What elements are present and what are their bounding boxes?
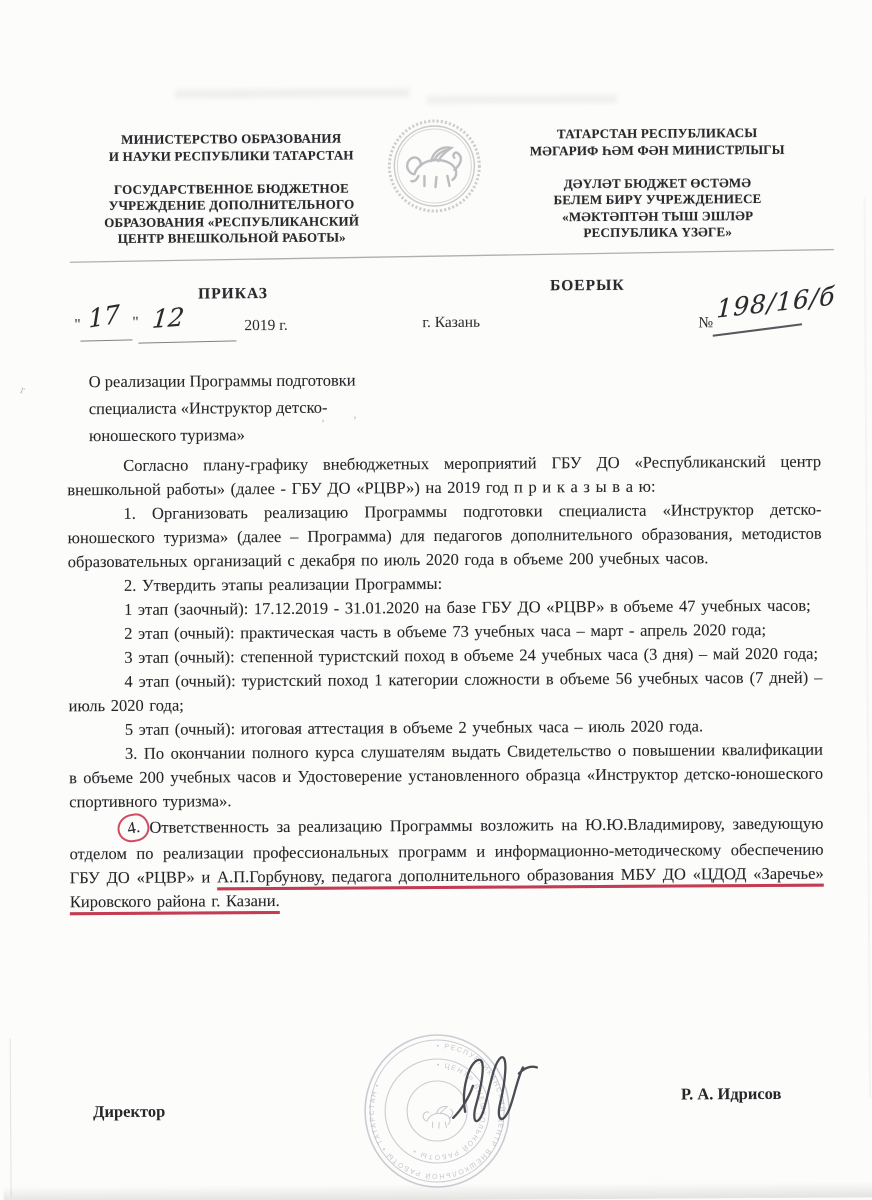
open-quote: " bbox=[74, 316, 80, 334]
scan-speck: ’ bbox=[321, 417, 325, 432]
red-underlined-text-2: Кировского района г. Казани. bbox=[70, 891, 280, 911]
org-name-russian: МИНИСТЕРСТВО ОБРАЗОВАНИЯ И НАУКИ РЕСПУБЛ… bbox=[69, 130, 394, 247]
scanned-sheet: МИНИСТЕРСТВО ОБРАЗОВАНИЯ И НАУКИ РЕСПУБЛ… bbox=[0, 0, 872, 1200]
doc-type-tatar: БОЕРЫК bbox=[550, 277, 625, 295]
paragraph-item-4: 4. Ответственность за реализацию Програм… bbox=[69, 810, 824, 915]
signatory-name: Р. А. Идрисов bbox=[681, 1084, 781, 1105]
close-quote: " bbox=[132, 314, 138, 332]
doc-type-russian: ПРИКАЗ bbox=[198, 285, 268, 303]
scan-speck: r bbox=[18, 382, 27, 397]
date-number-line: " 17 " 12 2019 г. г. Казань № 198/16/б bbox=[0, 0, 868, 3]
paragraph-item-3: 3. По окончании полного курса слушателям… bbox=[69, 738, 823, 815]
city-label: г. Казань bbox=[422, 314, 480, 332]
paragraph-stage-4: 4 этап (очный): туристский поход 1 катег… bbox=[68, 666, 822, 719]
number-underline bbox=[713, 323, 802, 336]
paragraph-item-1: 1. Организовать реализацию Программы под… bbox=[67, 498, 821, 575]
header-divider bbox=[68, 246, 838, 267]
day-underline bbox=[80, 339, 132, 341]
tatarstan-emblem-icon bbox=[385, 114, 484, 219]
handwritten-month: 12 bbox=[151, 302, 186, 334]
number-sign: № bbox=[698, 314, 713, 332]
page-edge-right bbox=[864, 197, 871, 1097]
signatory-title: Директор bbox=[93, 1102, 165, 1122]
order-body: Согласно плану-графику внебюджетных меро… bbox=[67, 450, 824, 915]
org-name-tatar: ТАТАРСТАН РЕСПУБЛИКАСЫ МӘГАРИФ ҺӘМ ФӘН М… bbox=[485, 125, 830, 243]
scan-ghost-text bbox=[427, 95, 617, 104]
document-page: МИНИСТЕРСТВО ОБРАЗОВАНИЯ И НАУКИ РЕСПУБЛ… bbox=[0, 0, 872, 1200]
paragraph-preamble: Согласно плану-графику внебюджетных меро… bbox=[67, 450, 821, 503]
red-underlined-text-1: А.П.Горбунову, педагога дополнительного … bbox=[217, 864, 824, 887]
scan-speck: ’ bbox=[353, 413, 357, 428]
handwritten-day: 17 bbox=[88, 299, 120, 333]
month-underline bbox=[138, 340, 236, 343]
red-circle-annotation: 4. bbox=[115, 811, 152, 844]
scan-ghost-text bbox=[175, 88, 410, 98]
handwritten-order-number: 198/16/б bbox=[716, 281, 836, 324]
year-label: 2019 г. bbox=[244, 317, 287, 335]
page-edge-bottom bbox=[4, 1181, 872, 1200]
order-subject: О реализации Программы подготовки специа… bbox=[89, 366, 419, 449]
page-edge-left bbox=[10, 1039, 12, 1197]
signature-ink-icon bbox=[435, 1039, 556, 1140]
